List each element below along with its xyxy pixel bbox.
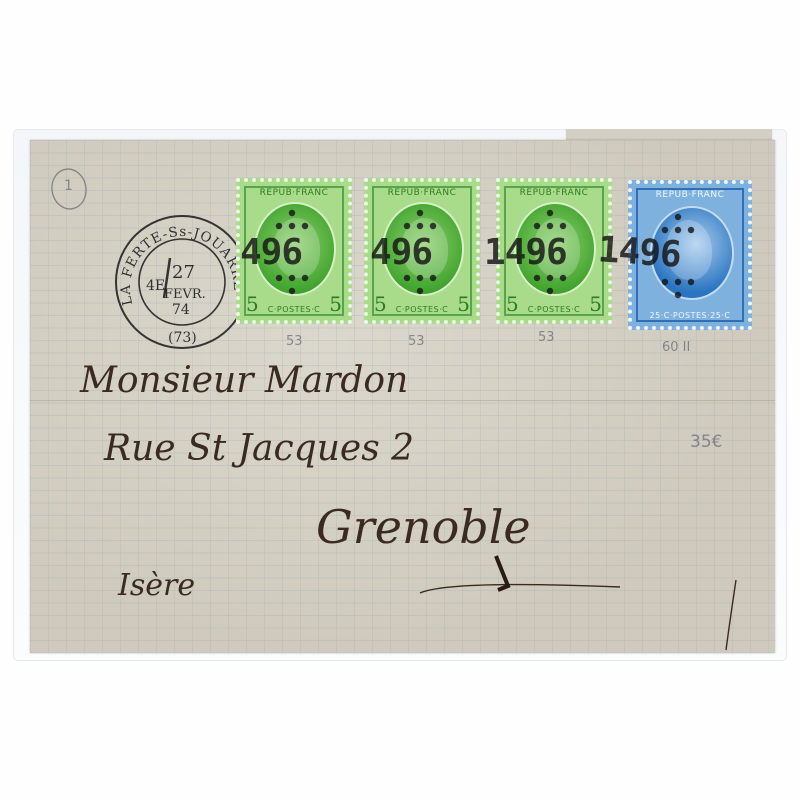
svg-text:FEVR.: FEVR. [164, 287, 206, 302]
circular-date-postmark: LA FERTE-Ss-JOUARRE 4E 27 FEVR. 74 (73) [112, 212, 252, 352]
numeral-cancel-1: 496 [240, 232, 302, 273]
address-line-4: Isère [118, 568, 195, 603]
numeral-cancel-3: 1496 [484, 232, 567, 273]
pencil-catalog-note-4: 60 II [662, 340, 690, 355]
address-line-2: Rue St Jacques 2 [104, 428, 414, 469]
numeral-cancel-4: 1496 [597, 229, 682, 276]
address-line-3: Grenoble [316, 500, 531, 554]
address-line-1: Monsieur Mardon [80, 360, 408, 401]
numeral-cancel-2: 496 [370, 232, 432, 273]
pencil-price-note: 35€ [690, 432, 722, 452]
svg-text:74: 74 [172, 302, 190, 318]
svg-text:4E: 4E [146, 278, 165, 294]
svg-text:(73): (73) [168, 330, 197, 346]
pencil-catalog-note-1: 53 [286, 334, 303, 349]
svg-text:27: 27 [172, 262, 195, 283]
pencil-circled-number: 1 [64, 178, 73, 194]
pencil-catalog-note-2: 53 [408, 334, 425, 349]
pencil-catalog-note-3: 53 [538, 330, 555, 345]
